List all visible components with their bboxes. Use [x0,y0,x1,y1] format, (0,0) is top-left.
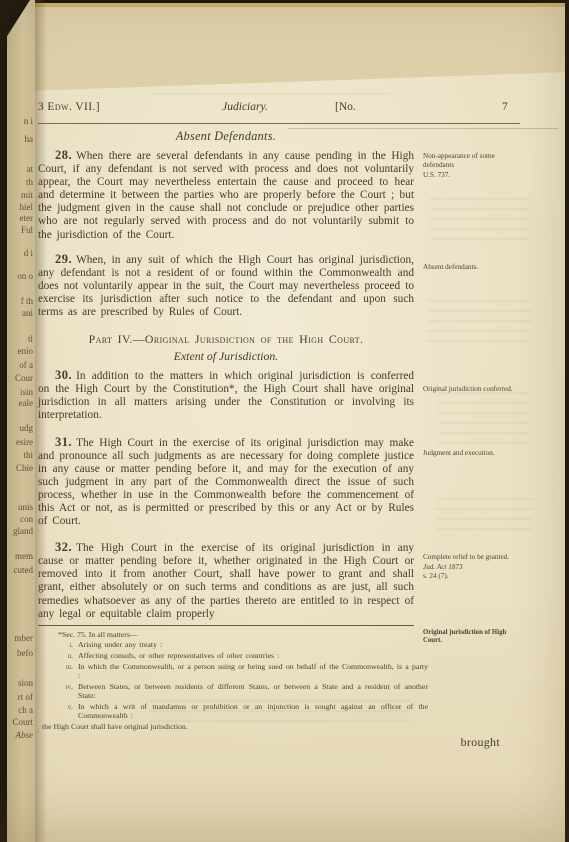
margin-note-text: Absent defendants. [423,263,523,272]
section-32-number: 32. [55,540,76,554]
page-top-edge [8,3,569,7]
margin-note-text: Judgment and execution. [423,449,523,458]
page-edge-fragment: at [27,164,34,174]
footnote-item: iii. In which the Commonwealth, or a per… [56,662,428,681]
margin-note-28: Non-appearance of some defendants U.S. 7… [423,152,523,179]
extent-heading: Extent of Jurisdiction. [38,349,414,364]
page-edge-fragment: udg [20,423,34,433]
margin-note-text: Original jurisdiction conferred. [423,385,523,394]
running-header: 3 Edw. VII.] Judiciary. [No. 7 [38,101,520,119]
footnote-item-number: i. [56,640,78,650]
footnote-item-text: In which the Commonwealth, or a person s… [78,662,428,681]
page-edge-fragment: Ful [21,225,33,235]
page-edge-fragment: mem [15,551,33,561]
header-rule [38,123,520,124]
section-28: 28.When there are several defendants in … [38,149,414,242]
scan-right-border [565,0,569,842]
section-28-number: 28. [55,148,76,162]
footnote-closing: the High Court shall have original juris… [42,722,428,732]
page-edge-fragment: on o [17,271,33,281]
page-edge-fragment: thi [23,450,33,460]
footnote-item: i. Arising under any treaty : [56,640,428,650]
footnote-intro: *Sec. 75. In all matters— [58,630,428,640]
margin-note-footnote: Original jurisdiction of High Court. [423,629,523,645]
footnote-item: iv. Between States, or between residents… [56,682,428,701]
footnote-item-number: ii. [56,651,78,661]
margin-note-text: Original jurisdiction of High Court. [423,629,523,645]
page-edge-fragment: n i [24,116,33,126]
page-edge-fragment: con [20,514,33,524]
page-edge-fragment: mit [21,190,33,200]
section-31-text: The High Court in the exercise of its or… [38,437,414,528]
page-edge-fragment: ani [22,308,33,318]
footnote-item-number: v. [56,702,78,721]
section-30-text: In addition to the matters in which orig… [38,370,414,421]
page-edge-fragment: eale [19,398,33,408]
footnote-item: v. In which a writ of mandamus or prohib… [56,702,428,721]
margin-note-text: Complete relief to be granted. [423,553,523,562]
part-heading: Part IV.—Original Jurisdiction of the Hi… [38,332,414,347]
section-29-text: When, in any suit of which the High Cour… [38,254,414,318]
page-edge-fragment: d i [24,248,33,258]
header-number-bracket: [No. [335,101,356,113]
page-edge-fragment: cuted [14,565,34,575]
section-31: 31.The High Court in the exercise of its… [38,436,414,529]
header-act-title: Judiciary. [178,101,312,113]
footnote-item: ii. Affecting consuls, or other represen… [56,651,428,661]
page-edge-fragment: th [26,177,33,187]
page-edge-fragment: ch a [18,705,33,715]
catchword: brought [38,735,500,750]
section-31-number: 31. [55,435,76,449]
page-body: 3 Edw. VII.] Judiciary. [No. 7 Absent De… [38,101,520,750]
footnote-item-text: In which a writ of mandamus or prohibiti… [78,702,428,721]
scanned-page: n ihaatthmithieleterFuld ion of thanitle… [0,0,569,842]
margin-note-30: Original jurisdiction conferred. [423,385,523,394]
page-edge-fragment: sion [18,678,33,688]
scan-left-border [0,0,7,842]
section-heading: Absent Defendants. [38,129,414,144]
scan-top-border [0,0,569,3]
margin-note-31: Judgment and execution. [423,449,523,458]
margin-note-32: Complete relief to be granted. Jud. Act … [423,553,523,580]
section-28-text: When there are several defendants in any… [38,150,414,241]
margin-note-ref: s. 24 (7). [423,572,523,581]
page-edge-fragment: hiel [20,202,34,212]
footnote: *Sec. 75. In all matters— i. Arising und… [56,630,428,732]
page-edge-fragment: ha [25,134,34,144]
page-edge-fragment: befo [17,648,33,658]
margin-note-ref: U.S. 737. [423,171,523,180]
page-edge-fragment: Cour [15,373,33,383]
page-edge-fragment: of a [19,360,33,370]
footnote-item-text: Between States, or between residents of … [78,682,428,701]
margin-note-29: Absent defendants. [423,263,523,272]
footnote-item-text: Affecting consuls, or other representati… [78,651,428,661]
page-edge-fragment: Chie [16,463,33,473]
page-edge-fragment: eter [20,213,34,223]
page-edge-fragment: isin [20,387,33,397]
page-edge-fragment: tl [28,334,33,344]
page-edge-fragment: unis [18,502,33,512]
margin-note-ref-italic: Jud. Act 1873 [423,563,523,572]
header-rule-ghost [288,128,558,129]
page-edge-fragment: esire [16,437,33,447]
page-edge-fragment: Abse [16,730,34,740]
section-32: 32.The High Court in the exercise of its… [38,541,414,621]
margin-note-text: Non-appearance of some defendants [423,152,523,170]
header-regnal-year: 3 Edw. VII.] [38,101,100,113]
page-number: 7 [502,101,508,113]
footnote-item-number: iii. [56,662,78,681]
section-30-number: 30. [55,368,76,382]
page-edge-fragment: Court [12,717,33,727]
section-32-text: The High Court in the exercise of its or… [38,542,414,619]
page-edge-fragment: enio [18,346,34,356]
page-edge-fragment: gland [13,526,33,536]
footnote-item-text: Arising under any treaty : [78,640,428,650]
section-30: 30.In addition to the matters in which o… [38,369,414,422]
footnote-rule [38,625,414,626]
section-29-number: 29. [55,252,76,266]
page-edge-fragment: mber [15,633,34,643]
page-edge-fragment: rt of [18,692,33,702]
footnote-item-number: iv. [56,682,78,701]
page-edge-fragments: n ihaatthmithieleterFuld ion of thanitle… [7,0,35,842]
page-edge-fragment: f th [21,296,33,306]
section-29: 29.When, in any suit of which the High C… [38,253,414,319]
